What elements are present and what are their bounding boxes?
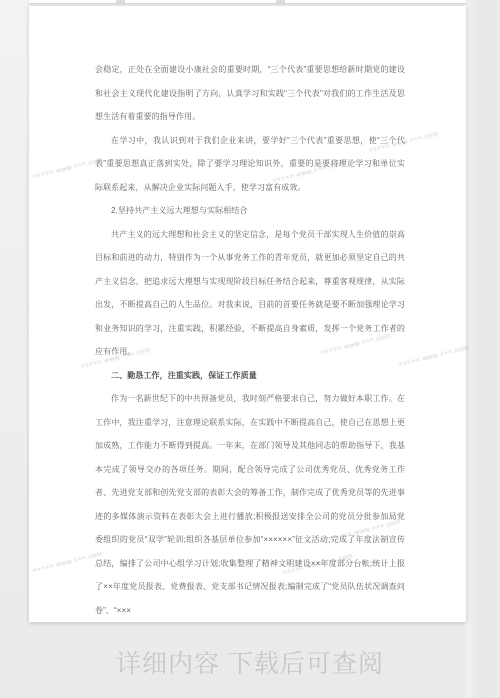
previous-page-edge [29,0,466,3]
page-edge-mark [116,0,125,3]
section-heading: 二、勤恳工作，注重实践，保证工作质量 [95,364,405,388]
watermark: ××××× www.×××.com [398,345,469,369]
paragraph-continuation: 会稳定，正处在全面建设小康社会的重要时期，“三个代表”重要思想给新时期党的建设和… [95,58,405,129]
watermark: ××××× www.×××.com [32,551,103,575]
document-sheet: 会稳定，正处在全面建设小康社会的重要时期，“三个代表”重要思想给新时期党的建设和… [29,6,466,622]
page-edge-mark [276,0,285,3]
paragraph: 作为一名新世纪下的中共预备党员，我时刻严格要求自己，努力做好本职工作。在工作中，… [95,387,405,622]
download-hint: 详细内容 下载后可查阅 [0,644,500,680]
document-preview-page: 会稳定，正处在全面建设小康社会的重要时期，“三个代表”重要思想给新时期党的建设和… [0,0,500,698]
section-subheading: 2.坚持共产主义远大理想与实际相结合 [95,199,405,223]
watermark: ××××× www.×××.com [32,157,103,181]
paragraph: 在学习中，我认识到对于我们企业来讲，要学好“三个代表”重要思想，使“三个代表”重… [95,129,405,200]
background-shade [466,0,500,698]
